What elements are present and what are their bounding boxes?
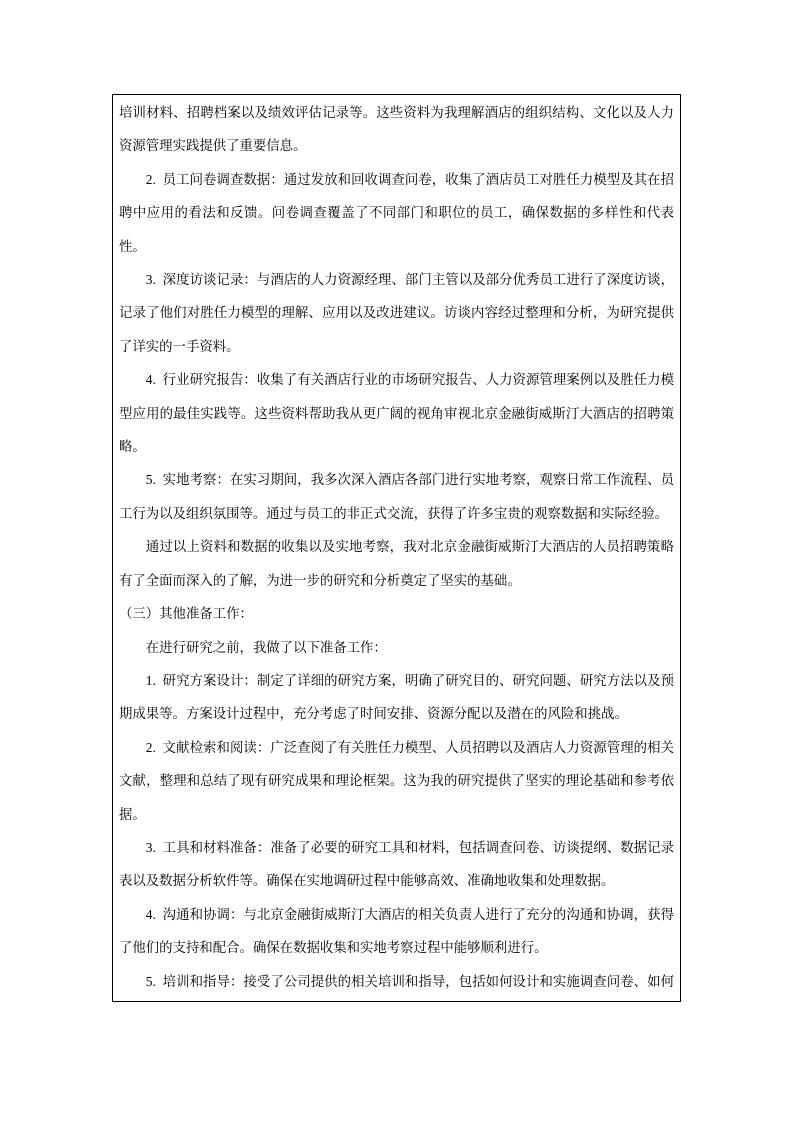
paragraph-intro-preparations: 在进行研究之前，我做了以下准备工作：	[119, 631, 674, 664]
paragraph-item-3-interview-records: 3. 深度访谈记录：与酒店的人力资源经理、部门主管以及部分优秀员工进行了深度访谈…	[119, 263, 674, 363]
paragraph-prep-1-research-plan: 1. 研究方案设计：制定了详细的研究方案，明确了研究目的、研究问题、研究方法以及…	[119, 664, 674, 731]
document-page: 培训材料、招聘档案以及绩效评估记录等。这些资料为我理解酒店的组织结构、文化以及人…	[0, 0, 793, 1122]
paragraph-prep-3-tools-materials: 3. 工具和材料准备：准备了必要的研究工具和材料，包括调查问卷、访谈提纲、数据记…	[119, 831, 674, 898]
paragraph-item-4-industry-reports: 4. 行业研究报告：收集了有关酒店行业的市场研究报告、人力资源管理案例以及胜任力…	[119, 363, 674, 463]
paragraph-prep-2-literature-review: 2. 文献检索和阅读：广泛查阅了有关胜任力模型、人员招聘以及酒店人力资源管理的相…	[119, 731, 674, 831]
section-heading-other-preparations: （三）其他准备工作：	[119, 597, 674, 630]
paragraph-prep-5-training-guidance: 5. 培训和指导：接受了公司提供的相关培训和指导，包括如何设计和实施调查问卷、如…	[119, 965, 674, 1002]
paragraph-item-5-field-visits: 5. 实地考察：在实习期间，我多次深入酒店各部门进行实地考察，观察日常工作流程、…	[119, 463, 674, 530]
paragraph-prep-4-communication: 4. 沟通和协调：与北京金融街威斯汀大酒店的相关负责人进行了充分的沟通和协调，获…	[119, 898, 674, 965]
paragraph-continuation: 培训材料、招聘档案以及绩效评估记录等。这些资料为我理解酒店的组织结构、文化以及人…	[119, 96, 674, 163]
paragraph-item-2-questionnaire-data: 2. 员工问卷调查数据：通过发放和回收调查问卷，收集了酒店员工对胜任力模型及其在…	[119, 163, 674, 263]
document-table-cell: 培训材料、招聘档案以及绩效评估记录等。这些资料为我理解酒店的组织结构、文化以及人…	[112, 94, 681, 1002]
paragraph-summary: 通过以上资料和数据的收集以及实地考察，我对北京金融街威斯汀大酒店的人员招聘策略有…	[119, 530, 674, 597]
